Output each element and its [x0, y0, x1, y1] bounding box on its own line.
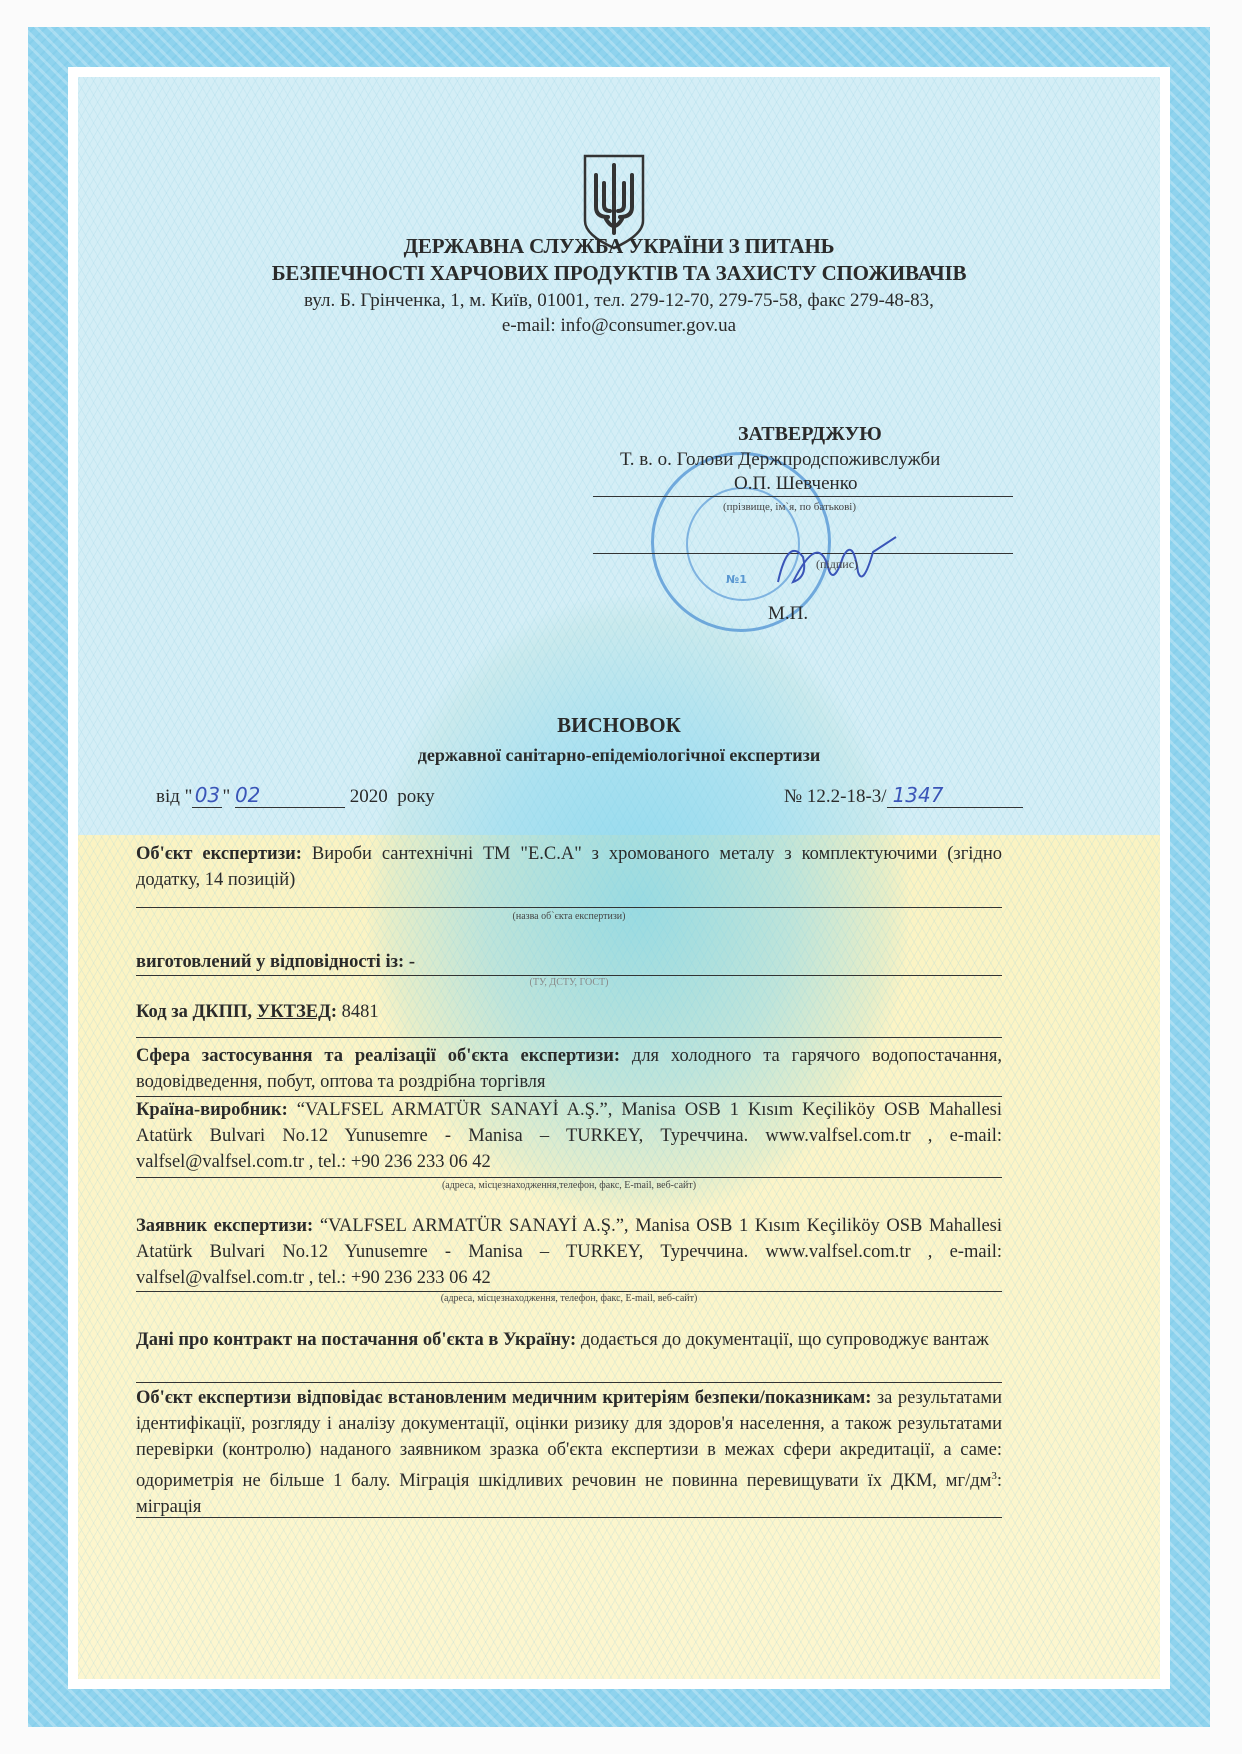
date-month: 02 [235, 783, 345, 808]
field-label: Об'єкт експертизи відповідає встановлени… [136, 1388, 871, 1408]
field-compliance: Об'єкт експертизи відповідає встановлени… [136, 1385, 1002, 1520]
approval-title: ЗАТВЕРДЖУЮ [738, 423, 882, 446]
field-value: додається до документації, що супроводжу… [581, 1330, 989, 1350]
field-contract: Дані про контракт на постачання об'єкта … [136, 1327, 1002, 1353]
name-caption: (прізвище, ім`я, по батькові) [723, 501, 856, 513]
field-label: виготовлений у відповідності із: [136, 952, 404, 972]
date-quote: " [222, 786, 230, 807]
number-prefix: № 12.2-18-3/ [784, 786, 887, 807]
divider [136, 1291, 1002, 1292]
field-object: Об'єкт експертизи: Вироби сантехнічні ТМ… [136, 841, 1002, 893]
field-caption: (адреса, місцезнаходження, телефон, факс… [136, 1293, 1002, 1304]
field-applicant: Заявник експертизи: “VALFSEL ARMATÜR SAN… [136, 1213, 1002, 1291]
border-inner-margin: ДЕРЖАВНА СЛУЖБА УКРАЇНИ З ПИТАНЬ БЕЗПЕЧН… [68, 67, 1170, 1689]
divider [136, 1177, 1002, 1178]
number-handwritten: 1347 [887, 783, 1023, 808]
divider [136, 1517, 1002, 1518]
signature-caption: (підпис) [816, 557, 858, 572]
field-scope: Сфера застосування та реалізації об'єкта… [136, 1043, 1002, 1095]
field-label: Код за ДКПП, [136, 1002, 257, 1022]
divider [136, 1382, 1002, 1383]
field-label-colon: : [331, 1002, 337, 1022]
field-label-underlined: УКТЗЕД [257, 1002, 331, 1022]
date-year: 2020 [350, 786, 388, 807]
field-label: Країна-виробник: [136, 1100, 288, 1120]
field-label: Заявник експертизи: [136, 1216, 313, 1236]
agency-email: e-mail: info@consumer.gov.ua [78, 313, 1160, 338]
date-prefix: від " [156, 786, 192, 807]
security-border: ДЕРЖАВНА СЛУЖБА УКРАЇНИ З ПИТАНЬ БЕЗПЕЧН… [28, 27, 1210, 1727]
field-standard: виготовлений у відповідності із: - [136, 949, 1002, 975]
divider [136, 1037, 1002, 1038]
field-label: Сфера застосування та реалізації об'єкта… [136, 1046, 620, 1066]
field-value: - [409, 952, 415, 972]
document-page: ДЕРЖАВНА СЛУЖБА УКРАЇНИ З ПИТАНЬ БЕЗПЕЧН… [78, 77, 1160, 1679]
seal-label: М.П. [768, 603, 808, 625]
field-label: Об'єкт експертизи: [136, 844, 302, 864]
document-title: ВИСНОВОК [78, 713, 1160, 738]
agency-name-line1: ДЕРЖАВНА СЛУЖБА УКРАЇНИ З ПИТАНЬ [78, 233, 1160, 260]
field-caption: (адреса, місцезнаходження,телефон, факс,… [136, 1180, 1002, 1191]
agency-contacts: вул. Б. Грінченка, 1, м. Київ, 01001, те… [78, 288, 1160, 338]
stamp-number: №1 [726, 573, 747, 586]
field-caption: (назва об`єкта експертизи) [136, 911, 1002, 922]
field-caption: (ТУ, ДСТУ, ГОСТ) [136, 977, 1002, 988]
field-codes: Код за ДКПП, УКТЗЕД: 8481 [136, 999, 1002, 1025]
divider [136, 907, 1002, 908]
name-underline [593, 496, 1013, 497]
divider [136, 975, 1002, 976]
date-suffix: року [397, 786, 434, 807]
agency-address: вул. Б. Грінченка, 1, м. Київ, 01001, те… [78, 288, 1160, 313]
field-label: Дані про контракт на постачання об'єкта … [136, 1330, 576, 1350]
approval-position: Т. в. о. Голови Держпродспоживслужби [620, 449, 940, 471]
field-manufacturer: Країна-виробник: “VALFSEL ARMATÜR SANAYİ… [136, 1097, 1002, 1175]
field-value: 8481 [342, 1002, 379, 1022]
approver-name: О.П. Шевченко [734, 473, 857, 495]
document-number: № 12.2-18-3/1347 [784, 783, 1023, 808]
date-day: 03 [192, 783, 222, 808]
agency-name-line2: БЕЗПЕЧНОСТІ ХАРЧОВИХ ПРОДУКТІВ ТА ЗАХИСТ… [78, 260, 1160, 287]
document-subtitle: державної санітарно-епідеміологічної екс… [78, 745, 1160, 766]
agency-name: ДЕРЖАВНА СЛУЖБА УКРАЇНИ З ПИТАНЬ БЕЗПЕЧН… [78, 233, 1160, 287]
date-row: від "03" 02 2020 року [156, 783, 435, 808]
